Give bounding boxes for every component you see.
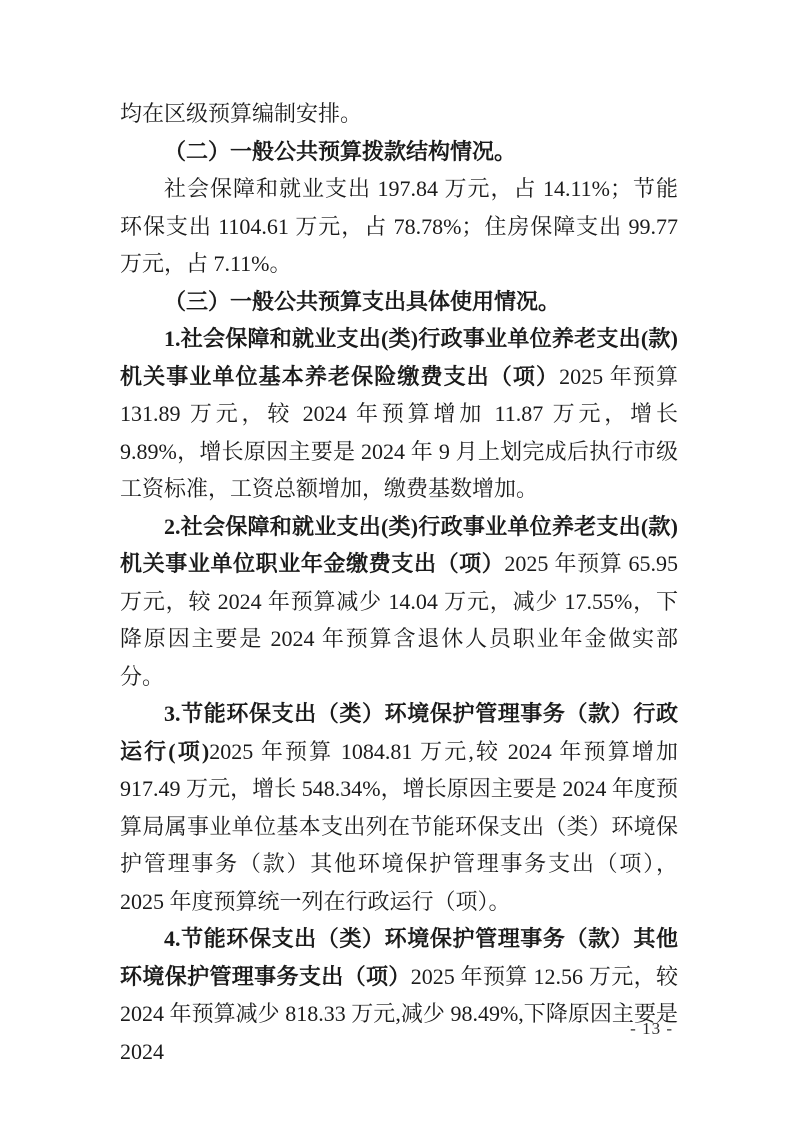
paragraph-item-4: 4.节能环保支出（类）环境保护管理事务（款）其他环境保护管理事务支出（项）202…	[120, 920, 678, 1070]
paragraph-allocation-structure: 社会保障和就业支出 197.84 万元，占 14.11%；节能环保支出 1104…	[120, 170, 678, 283]
paragraph-item-1: 1.社会保障和就业支出(类)行政事业单位养老支出(款)机关事业单位基本养老保险缴…	[120, 320, 678, 508]
paragraph-item-2: 2.社会保障和就业支出(类)行政事业单位养老支出(款)机关事业单位职业年金缴费支…	[120, 508, 678, 696]
document-page: 均在区级预算编制安排。 （二）一般公共预算拨款结构情况。 社会保障和就业支出 1…	[0, 0, 793, 1122]
page-number: - 13 -	[630, 1019, 673, 1039]
section-heading-2: （二）一般公共预算拨款结构情况。	[120, 133, 678, 171]
paragraph-continuation: 均在区级预算编制安排。	[120, 95, 678, 133]
paragraph-item-3: 3.节能环保支出（类）环境保护管理事务（款）行政运行(项)2025 年预算 10…	[120, 695, 678, 920]
section-heading-3: （三）一般公共预算支出具体使用情况。	[120, 283, 678, 321]
page-body-text: 均在区级预算编制安排。 （二）一般公共预算拨款结构情况。 社会保障和就业支出 1…	[120, 95, 678, 1070]
item-3-body: 2025 年预算 1084.81 万元,较 2024 年预算增加 917.49 …	[120, 739, 678, 914]
